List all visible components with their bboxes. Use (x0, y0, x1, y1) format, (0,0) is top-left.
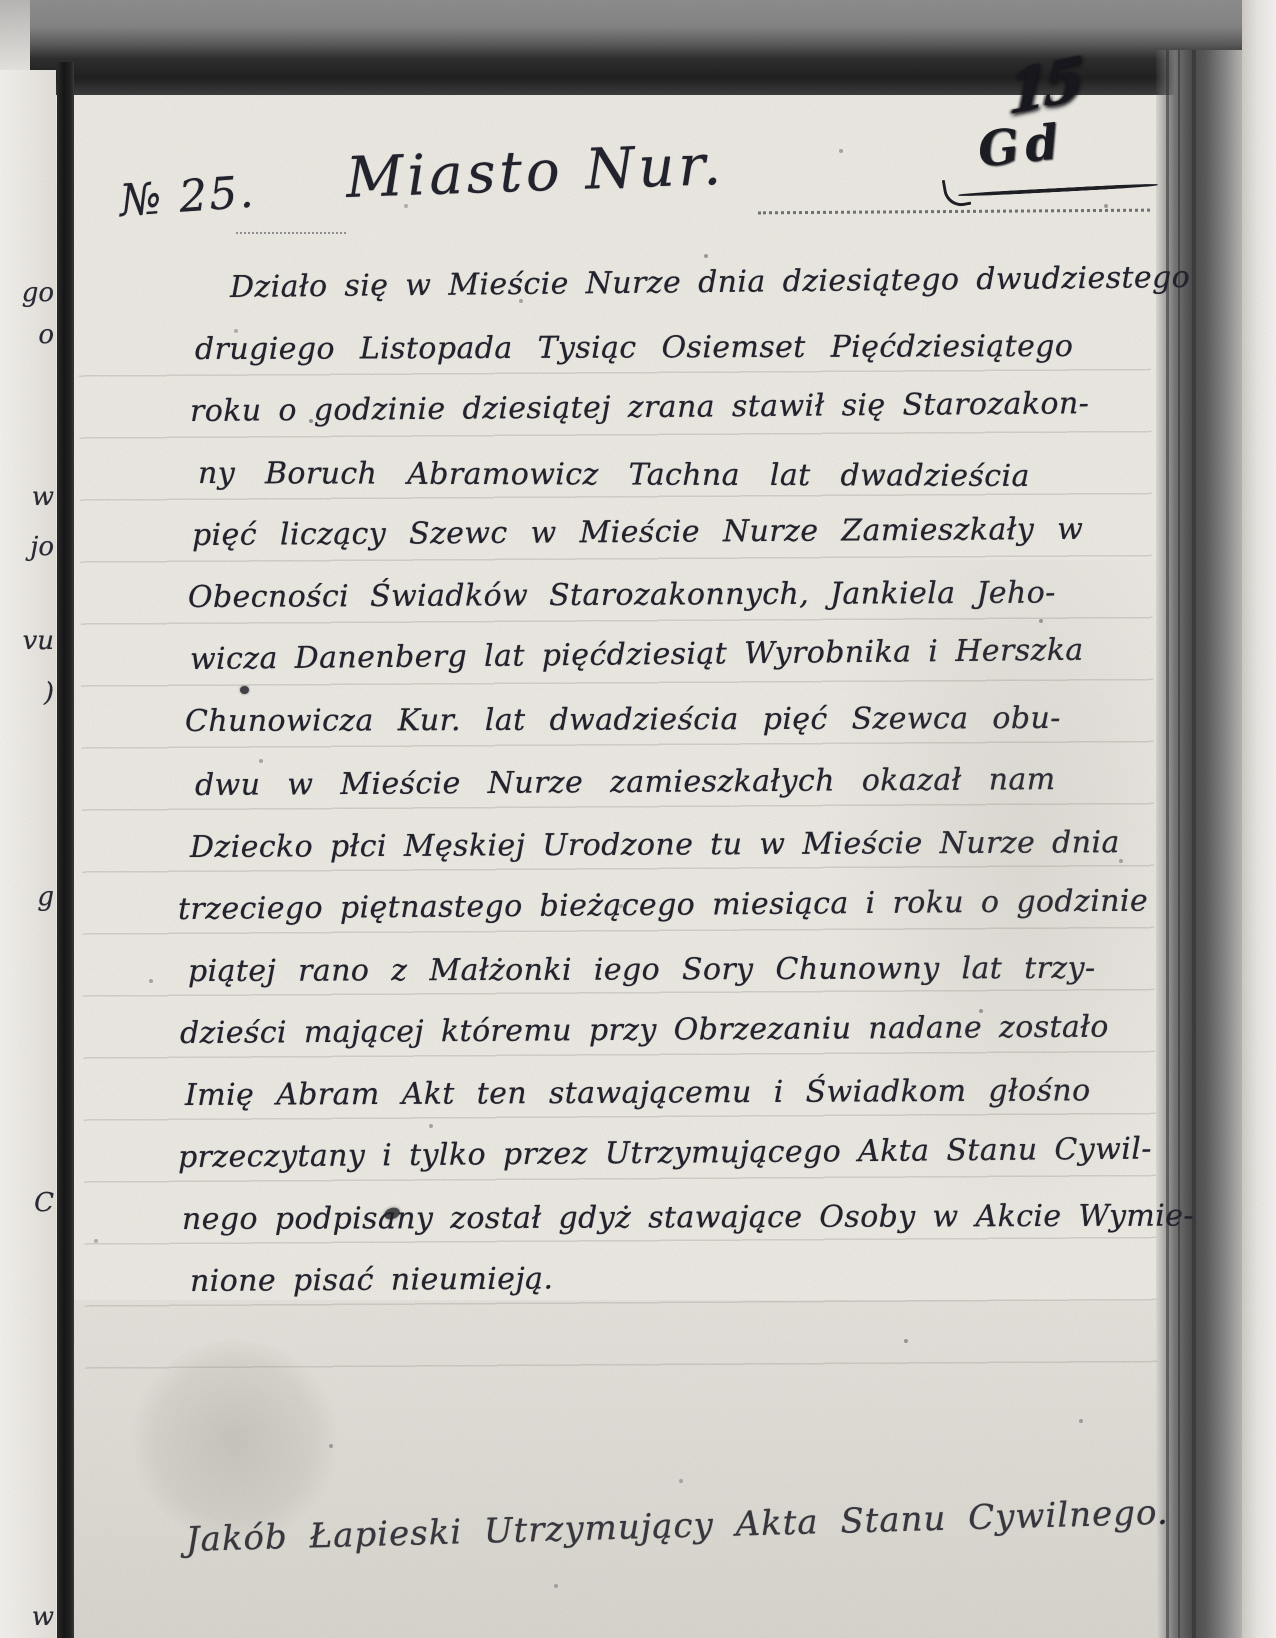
page-title: Miasto Nur. (345, 133, 726, 211)
facing-page-edge: go o w jo vu ) g C w (0, 70, 56, 1638)
manuscript-line: przeczytany i tylko przez Utrzymującego … (178, 1132, 1152, 1175)
margin-fragment: o (38, 320, 54, 350)
margin-rule-line (57, 62, 74, 1638)
margin-fragment: w (32, 1602, 54, 1632)
manuscript-line: Obecności Świadków Starozakonnych, Janki… (188, 575, 1056, 615)
scan-corner-cap (0, 0, 30, 70)
gutter-streak (1192, 50, 1196, 1638)
margin-fragment: vu (23, 626, 54, 656)
manuscript-line: Imię Abram Akt ten stawającemu i Świadko… (185, 1073, 1091, 1113)
margin-fragment: w (32, 482, 54, 512)
title-ruled-line (758, 209, 1150, 215)
scan-top-edge-band (22, 0, 1276, 95)
manuscript-line: Chunowicza Kur. lat dwadzieścia pięć Sze… (185, 701, 1061, 739)
manuscript-line: Działo się w Mieście Nurze dnia dziesiąt… (230, 260, 1190, 305)
manuscript-line: drugiego Listopada Tysiąc Osiemset Pięćd… (195, 329, 1073, 367)
manuscript-line: piątej rano z Małżonki iego Sory Chunown… (188, 951, 1096, 989)
manuscript-line: nione pisać nieumieją. (190, 1261, 554, 1299)
margin-fragment: C (34, 1188, 54, 1218)
signature-line: Jakób Łapieski Utrzymujący Akta Stanu Cy… (185, 1493, 1169, 1560)
margin-fragment: ) (44, 678, 54, 708)
manuscript-line: Dziecko płci Męskiej Urodzone tu w Mieśc… (190, 825, 1120, 865)
flourish-underline (958, 183, 1158, 197)
flourish-hook (942, 176, 972, 209)
ruled-dashes (236, 232, 346, 234)
manuscript-line: nego podpisany został gdyż stawające Oso… (182, 1198, 1194, 1237)
manuscript-line: wicza Danenberg lat pięćdziesiąt Wyrobni… (190, 633, 1084, 677)
manuscript-line: pięć liczący Szewc w Mieście Nurze Zamie… (192, 512, 1083, 553)
margin-fragment: jo (30, 532, 54, 562)
margin-fragment: g (37, 882, 54, 912)
scanned-record-page: go o w jo vu ) g C w № 25. Miasto Nur. 1… (0, 0, 1276, 1638)
scan-right-margin (1242, 0, 1276, 1638)
paper-stain (130, 1340, 340, 1540)
manuscript-line: dzieści mającej któremu przy Obrzezaniu … (180, 1010, 1109, 1051)
manuscript-line: roku o godzinie dziesiątej zrana stawił … (190, 386, 1089, 429)
manuscript-line: dwu w Mieście Nurze zamieszkałych okazał… (195, 762, 1056, 803)
paper-shading (74, 1300, 1156, 1638)
manuscript-line: ny Boruch Abramowicz Tachna lat dwadzieś… (198, 456, 1030, 494)
manuscript-line: trzeciego piętnastego bieżącego miesiąca… (178, 884, 1148, 927)
clerk-initials: Gd (975, 114, 1067, 179)
record-number: № 25. (118, 167, 257, 227)
record-body-text: Działo się w Mieście Nurze dnia dziesiąt… (150, 270, 1180, 1350)
margin-fragment: go (22, 278, 54, 308)
